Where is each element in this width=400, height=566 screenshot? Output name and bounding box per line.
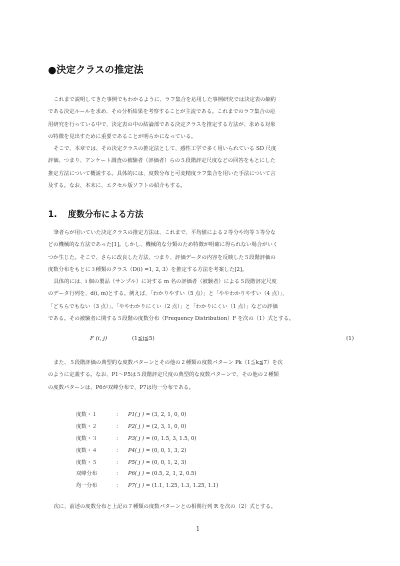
text-line: 筆者らが用いていた決定クラスの推定方法は、これまで、平均値による２等分や均等３等… [48,227,354,239]
text-line: どの機械的な方法であった[1]。しかし、機械的な分類のため特徴が明確に得られない… [48,239,354,251]
text-line: 推定方法について概説する。具体的には、度数分布と可変精度ラフ集合を用いた手法につ… [48,168,354,180]
text-line: のように定義する。なお、P1～P5は５段階評定尺度の典型的な度数パターンで、その… [48,369,354,381]
pattern-function: P3( j ) [128,436,144,442]
pattern-separator: ： [116,422,128,434]
pattern-separator: ： [116,469,128,481]
page-number: 1 [196,526,200,533]
text-line: 「どちらでもない（3 点）」、「ややわかりにくい（2 点）」と「わかりにくい（1… [48,301,354,313]
pattern-label: 双峰分布 [76,469,116,481]
pattern-row: 度数・１：P1( j ) = (3, 2, 1, 0, 0) [76,410,218,422]
text-line: のデータ行列を、d(i, m)とする。例えば、「わかりやすい（5 点）」と「やや… [48,288,354,300]
section-paragraph-3: また、５段階評価の典型的な度数パターンとその他の２種類の度数パターン Pk（1≦… [48,357,354,394]
text-line: 度数分布をもとに３種類のクラス（D(i) =1, 2, 3）を推定する方法を考案… [48,264,354,276]
pattern-row: 度数・３：P3( j ) = (0, 1.5, 3, 1.5, 0) [76,434,218,446]
text-line: 評価、つまり、アンケート調査の被験者（評価者）らの５段階評定尺度などの回答をもと… [48,155,354,167]
pattern-row: 度数・２：P2( j ) = (2, 3, 1, 0, 0) [76,422,218,434]
text-line: である。その被験者に関する５段階の度数分布（Frequency Distribu… [48,313,354,325]
pattern-value: = (1.1, 1.25, 1.3, 1.25, 1.1) [146,481,219,493]
section-title: 度数分布による方法 [68,209,143,219]
intro-paragraph-1: これまで説明してきた事例でもわかるように、ラフ集合を応用した事例研究では決定表の… [48,94,354,143]
pattern-function: P1( j ) [128,412,144,418]
section-paragraph-2: 具体的には、i 個の製品（サンプル）に対する m 名の評価者（被験者）による５段… [48,276,354,325]
text-line: の特徴を見出すために重要であることが明らかになっている。 [48,131,354,143]
text-line: 用研究を行っている中で、決定表の中の結論部である決定クラスを推定する方法が、求め… [48,119,354,131]
pattern-separator: ： [116,481,128,493]
text-line: つか生じた。そこで、さらに改良した方法、つまり、評価データの内容を反映した５段階… [48,252,354,264]
pattern-separator: ： [116,458,128,470]
text-line: また、５段階評価の典型的な度数パターンとその他の２種類の度数パターン Pk（1≦… [48,357,354,369]
pattern-row: 度数・５：P5( j ) = (0, 0, 1, 2, 3) [76,458,218,470]
pattern-value: = (0, 0, 1, 2, 3) [146,458,187,470]
equation-expression: F (i, j) [90,336,107,342]
pattern-row: 双峰分布：P6( j ) = (0.5, 2, 1, 2, 0.5) [76,469,218,481]
text-line: 次に、前述の度数分布と上記の７種類の度数パターンとの相関行列 R を次の（2）式… [48,501,354,513]
pattern-value: = (3, 2, 1, 0, 0) [146,410,187,422]
pattern-separator: ： [116,410,128,422]
pattern-function: P5( j ) [128,460,144,466]
pattern-function: P4( j ) [128,448,144,454]
pattern-function: P7( j ) [128,483,144,489]
pattern-row: 均一分布：P7( j ) = (1.1, 1.25, 1.3, 1.25, 1.… [76,481,218,493]
text-line: これまで説明してきた事例でもわかるように、ラフ集合を応用した事例研究では決定表の… [48,94,354,106]
pattern-function: P2( j ) [128,424,144,430]
text-line: 具体的には、i 個の製品（サンプル）に対する m 名の評価者（被験者）による５段… [48,276,354,288]
equation-number: (1) [346,336,354,342]
pattern-row: 度数・４：P4( j ) = (0, 0, 1, 3, 2) [76,446,218,458]
text-line: そこで、本章では、その決定クラスの推定法として、感性工学で多く用いられている S… [48,143,354,155]
pattern-label: 度数・５ [76,458,116,470]
section-number: 1. [48,209,68,219]
equation-1: F (i, j) (1≦j≦5) (1) [48,336,354,348]
section-heading: 1.度数分布による方法 [48,208,143,220]
section-paragraph-1: 筆者らが用いていた決定クラスの推定方法は、これまで、平均値による２等分や均等３等… [48,227,354,276]
pattern-label: 度数・４ [76,446,116,458]
section-paragraph-4: 次に、前述の度数分布と上記の７種類の度数パターンとの相関行列 R を次の（2）式… [48,501,354,513]
pattern-value: = (2, 3, 1, 0, 0) [146,422,187,434]
pattern-label: 度数・２ [76,422,116,434]
pattern-separator: ： [116,434,128,446]
pattern-label: 均一分布 [76,481,116,493]
equation-condition: (1≦j≦5) [132,336,155,342]
pattern-label: 度数・１ [76,410,116,422]
pattern-value: = (0.5, 2, 1, 2, 0.5) [146,469,197,481]
intro-paragraph-2: そこで、本章では、その決定クラスの推定法として、感性工学で多く用いられている S… [48,143,354,192]
pattern-separator: ： [116,446,128,458]
text-line: である決定ルールを求め、その分析結果を考察することが主流である。これまでのラフ集… [48,106,354,118]
text-line: 及する。なお、本末に、エクセル版ソフトの紹介もする。 [48,180,354,192]
chapter-title: ●決定クラスの推定法 [48,62,143,76]
pattern-value: = (0, 1.5, 3, 1.5, 0) [146,434,197,446]
pattern-value: = (0, 0, 1, 3, 2) [146,446,187,458]
frequency-pattern-list: 度数・１：P1( j ) = (3, 2, 1, 0, 0) 度数・２：P2( … [76,410,218,493]
pattern-label: 度数・３ [76,434,116,446]
text-line: の度数パターンは、P6が双峰分布で、P7は均一分布である。 [48,382,354,394]
document-page: ●決定クラスの推定法 これまで説明してきた事例でもわかるように、ラフ集合を応用し… [0,0,400,566]
pattern-function: P6( j ) [128,471,144,477]
